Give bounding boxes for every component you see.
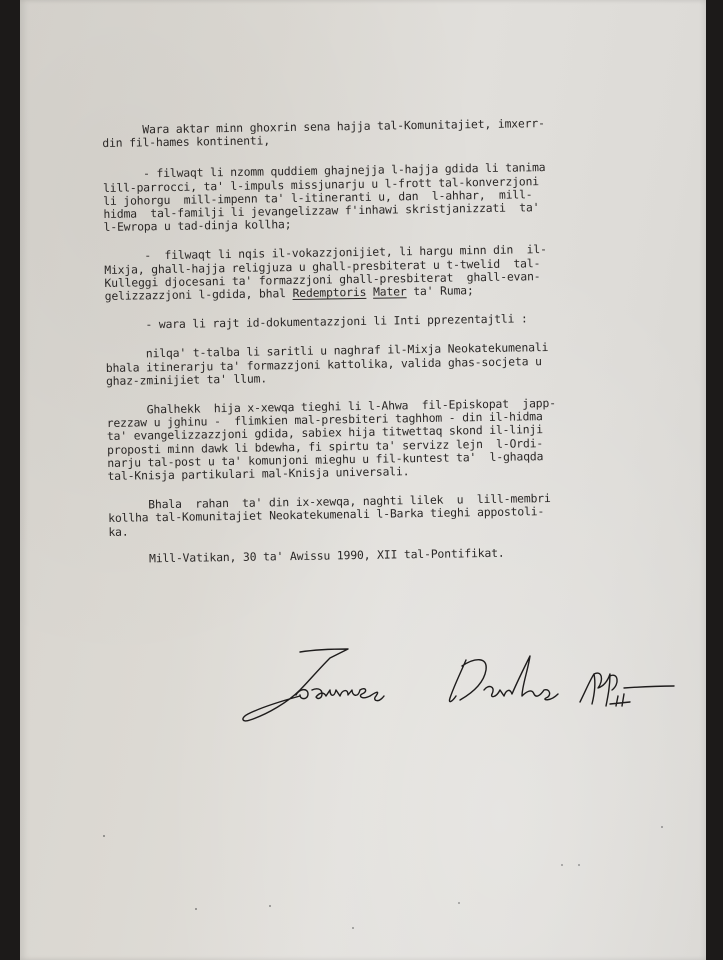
paper-speck <box>458 902 460 904</box>
text-fragment: gelizzazzjoni l-gdida, bhal <box>105 286 293 303</box>
paragraph-wish: Ghalhekk hija x-xewqa tieghi li l-Ahwa f… <box>106 396 627 483</box>
paper-speck <box>661 826 663 828</box>
text-fragment: ta' Ruma; <box>406 283 473 298</box>
paragraph-clause-2: - filwaqt li nqis il-vokazzjonijiet, li … <box>104 242 625 303</box>
paper-speck <box>352 927 354 929</box>
paper-speck <box>578 864 580 866</box>
paper-speck <box>103 835 105 837</box>
underlined-title-redemptoris: Redemptoris <box>292 285 366 300</box>
paragraph-clause-1: - filwaqt li nzomm quddiem ghajnejja l-h… <box>103 160 624 234</box>
handwritten-signature: Joannes Paulus PP II <box>238 640 678 730</box>
letter-body: Wara aktar minn ghoxrin sena hajja tal-K… <box>102 116 629 566</box>
paper-speck <box>195 908 197 910</box>
paper-speck <box>561 864 563 866</box>
photo-background: Wara aktar minn ghoxrin sena hajja tal-K… <box>0 0 723 960</box>
paper-speck <box>269 905 271 907</box>
underlined-title-mater: Mater <box>373 284 407 299</box>
